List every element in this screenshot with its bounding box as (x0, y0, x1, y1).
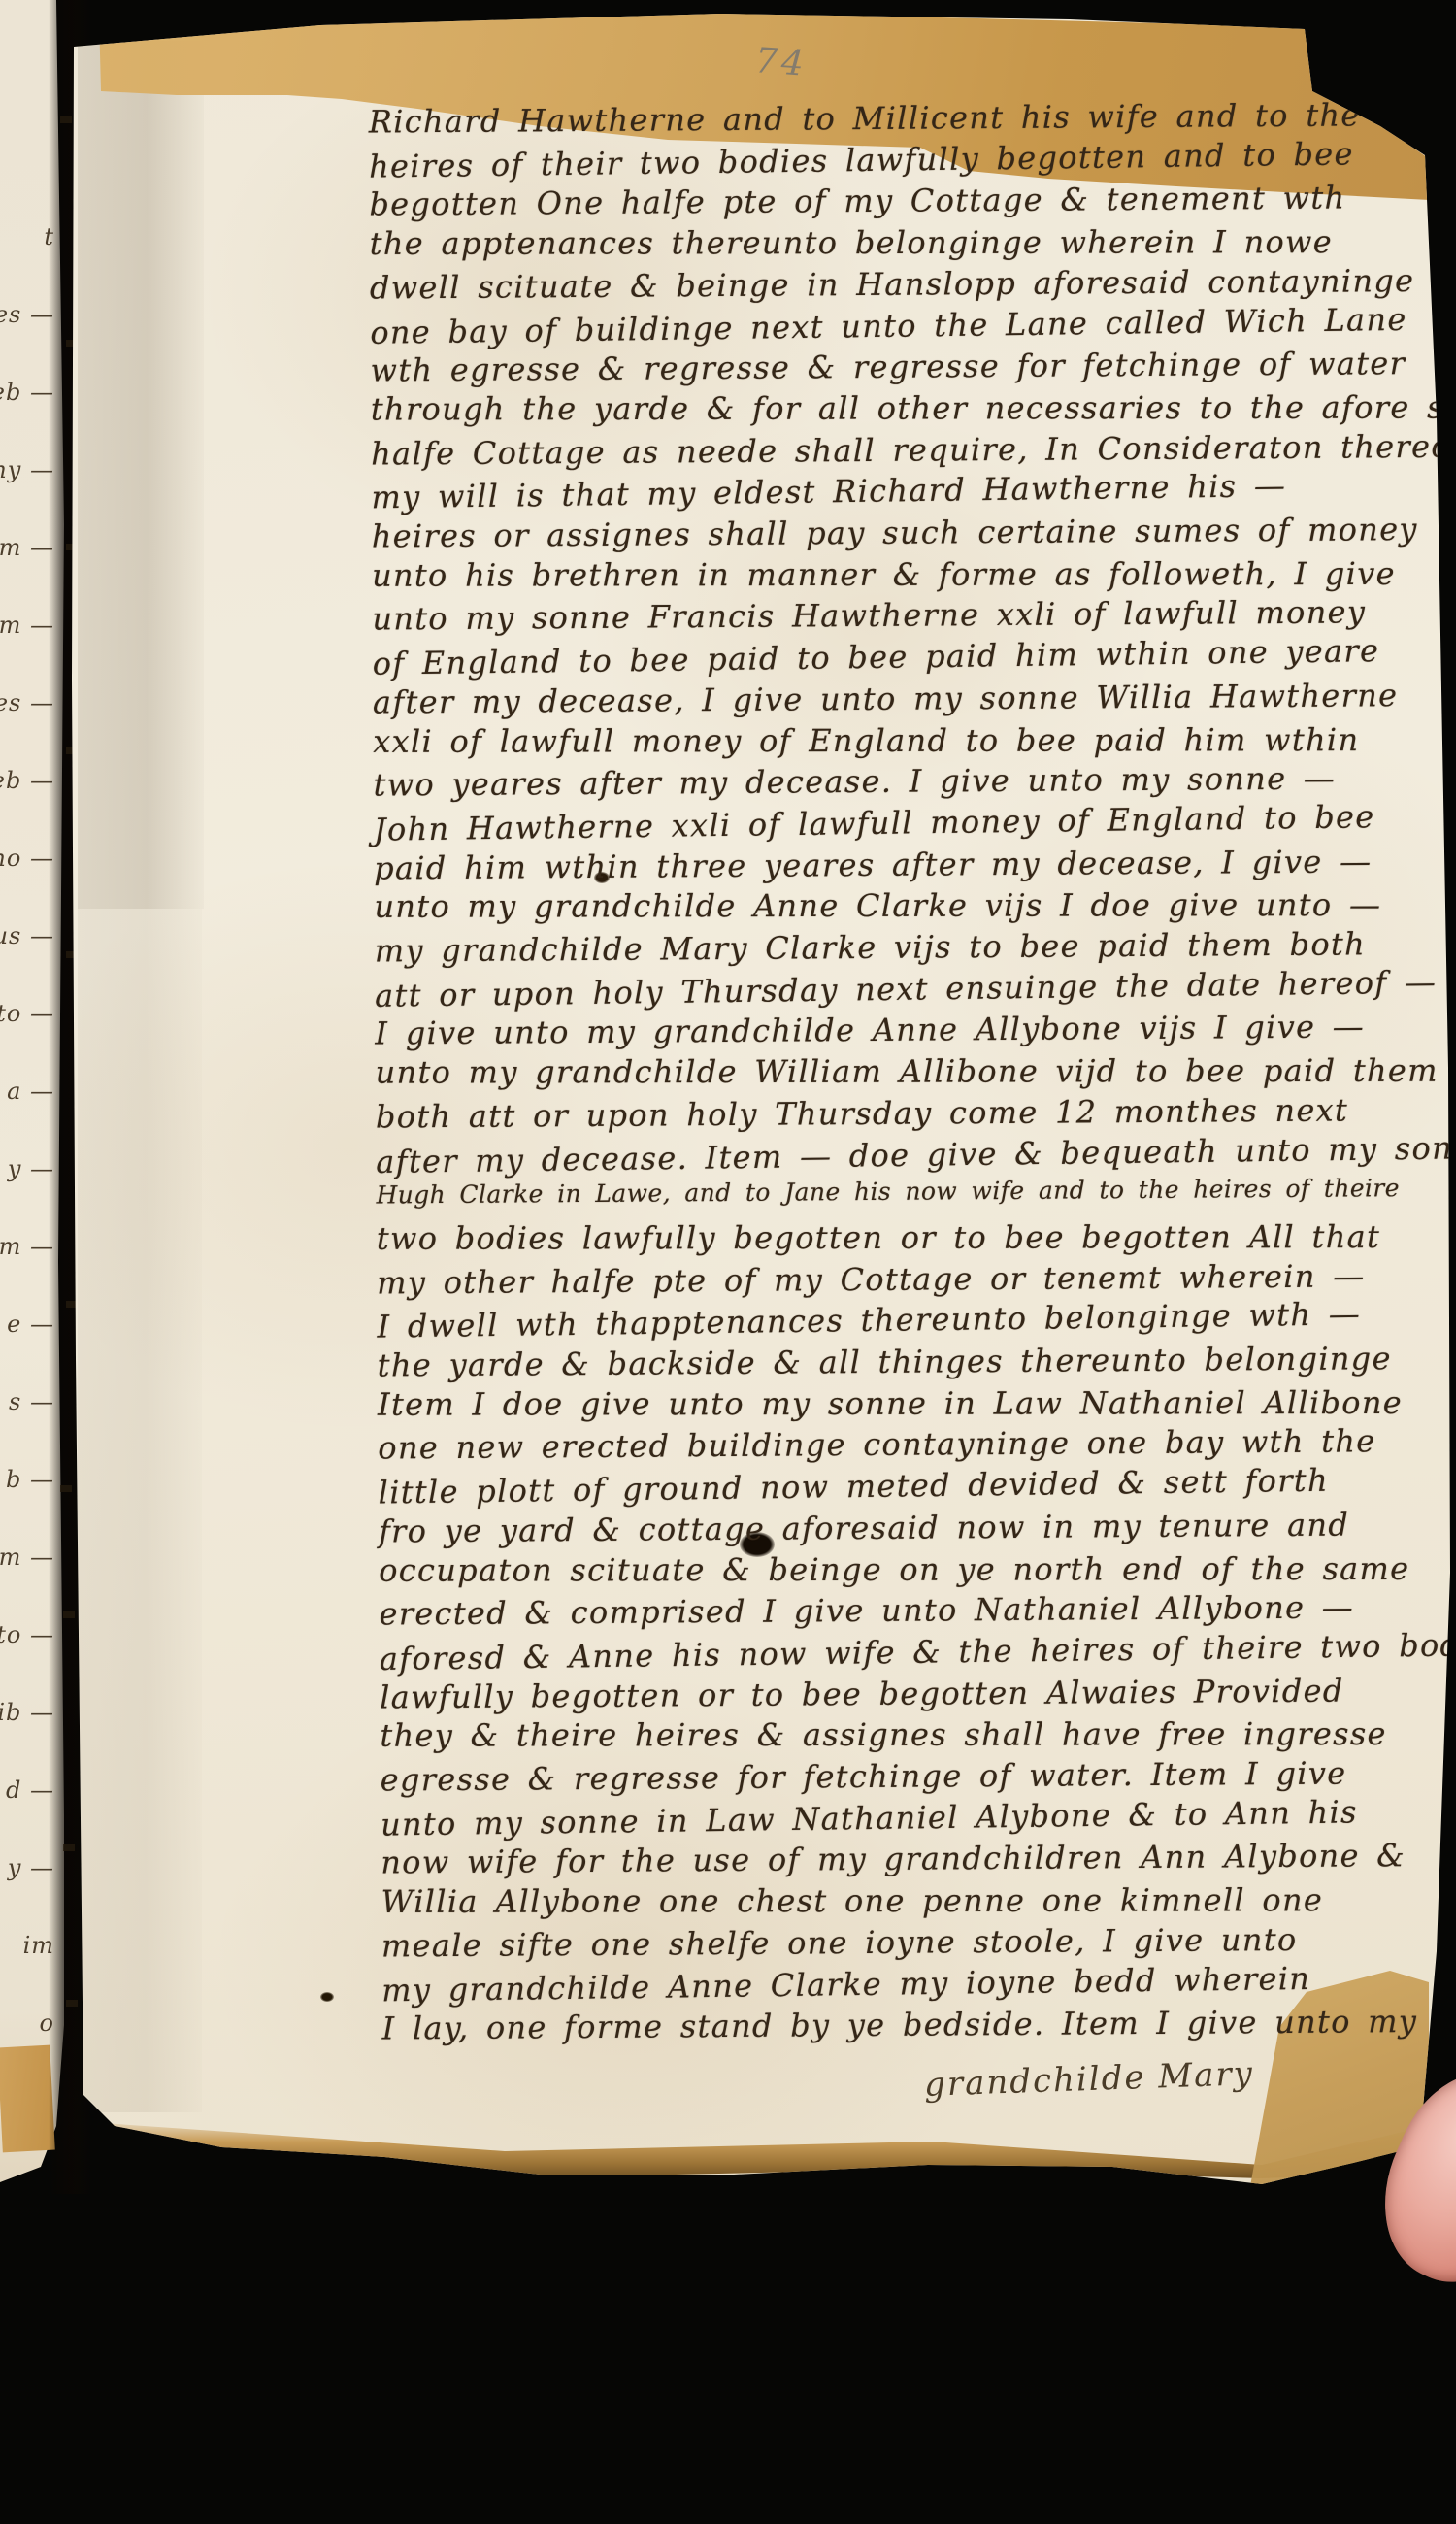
text-line: unto my grandchilde William Allibone vij… (376, 1052, 1439, 1091)
text-line: occupaton scituate & beinge on ye north … (379, 1549, 1409, 1588)
fragment-line: y — (8, 1155, 54, 1182)
text-line: I dwell wth thapptenances thereunto belo… (377, 1296, 1361, 1345)
text-line: unto his brethren in manner & forme as f… (372, 555, 1396, 594)
stitch-mark (60, 1485, 72, 1492)
text-line: att or upon holy Thursday next ensuinge … (375, 963, 1438, 1013)
text-line: begotten One halfe pte of my Cottage & t… (369, 180, 1345, 223)
text-line: after my decease. Item — doe give & bequ… (376, 1128, 1456, 1179)
text-line: one new erected buildinge contayninge on… (378, 1423, 1375, 1467)
fragment-line: m — (0, 1544, 54, 1571)
text-line: Richard Hawtherne and to Millicent his w… (369, 96, 1361, 140)
fragment-line: us — (0, 922, 54, 949)
text-line: xxli of lawfull money of England to bee … (373, 721, 1359, 760)
manuscript-page: 74 Richard Hawtherne and to Millicent hi… (0, 0, 1456, 2524)
text-line: my other halfe pte of my Cottage or tene… (377, 1257, 1366, 1301)
fragment-line: eb — (0, 379, 54, 406)
fragment-line: b — (6, 1466, 54, 1493)
stitch-mark (63, 1611, 75, 1618)
text-line: my will is that my eldest Richard Hawthe… (371, 467, 1286, 515)
fragment-line: s — (9, 1388, 54, 1415)
fragment-line: m — (0, 1233, 54, 1260)
text-line: erected & comprised I give unto Nathanie… (379, 1589, 1354, 1633)
text-line: of England to bee paid to bee paid him w… (372, 632, 1379, 682)
manuscript-text: Richard Hawtherne and to Millicent his w… (0, 0, 1456, 2524)
text-line: I give unto my grandchilde Anne Allybone… (375, 1009, 1365, 1052)
fragment-line: im — (0, 534, 54, 561)
text-line: lawfully begotten or to bee begotten Alw… (380, 1672, 1344, 1715)
fragment-line: mo — (0, 845, 54, 872)
text-line: the apptenances thereunto belonginge whe… (370, 223, 1333, 262)
text-line: Willia Allybone one chest one penne one … (381, 1881, 1324, 1920)
text-line: one bay of buildinge next unto the Lane … (370, 300, 1407, 350)
text-line: they & theire heires & assignes shall ha… (380, 1715, 1386, 1754)
text-line: two yeares after my decease. I give unto… (373, 760, 1336, 804)
fragment-line: ib — (0, 1699, 54, 1726)
text-line: unto my sonne Francis Hawtherne xxli of … (372, 594, 1366, 638)
fragment-line: e — (7, 1311, 54, 1338)
text-line: my grandchilde Anne Clarke my ioyne bedd… (381, 1959, 1310, 2009)
fragment-line: es — (0, 689, 54, 716)
text-line: now wife for the use of my grandchildren… (381, 1838, 1406, 1881)
fragment-line: y — (8, 1854, 54, 1881)
text-line: the yarde & backside & all thinges there… (378, 1340, 1392, 1383)
text-line: dwell scituate & beinge in Hanslopp afor… (370, 262, 1415, 307)
text-line: wth egresse & regresse & regresse for fe… (370, 345, 1406, 388)
text-line: unto my grandchilde Anne Clarke vijs I d… (374, 886, 1381, 925)
stitch-mark (66, 2000, 78, 2007)
text-line: two bodies lawfully begotten or to bee b… (377, 1218, 1380, 1257)
text-line: John Hawtherne xxli of lawfull money of … (374, 798, 1375, 848)
text-line: halfe Cottage as neede shall require, In… (371, 427, 1456, 472)
tape-left-bottom (0, 2045, 55, 2153)
text-line: fro ye yard & cottage aforesaid now in m… (379, 1506, 1349, 1549)
text-line: I lay, one forme stand by ye bedside. It… (381, 2003, 1417, 2046)
manuscript-photo: tes —eb —my —im —m —es —eb —mo —us —to —… (0, 0, 1456, 2524)
text-line: heires of their two bodies lawfully bego… (369, 135, 1354, 184)
fragment-line: a — (7, 1078, 54, 1105)
text-line: paid him wthin three yeares after my dec… (374, 843, 1372, 886)
text-line: Item I doe give unto my sonne in Law Nat… (378, 1384, 1403, 1423)
fragment-line: to — (0, 1621, 54, 1648)
fragment-line: eb — (0, 767, 54, 794)
fragment-line: my — (0, 456, 54, 483)
text-line: my grandchilde Mary Clarke vijs to bee p… (375, 925, 1367, 969)
fragment-line: to — (0, 1000, 54, 1027)
text-line: Hugh Clarke in Lawe, and to Jane his now… (376, 1174, 1400, 1209)
text-line: through the yarde & for all other necess… (371, 388, 1456, 427)
fragment-line: m — (0, 612, 54, 639)
text-line: after my decease, I give unto my sonne W… (373, 677, 1399, 720)
text-line: little plott of ground now meted devided… (378, 1462, 1329, 1511)
text-line: heires or assignes shall pay such certai… (372, 511, 1418, 555)
fragment-line: d — (6, 1777, 54, 1804)
text-line: meale sifte one shelfe one ioyne stoole,… (381, 1921, 1298, 1965)
fragment-line: es — (0, 301, 54, 328)
stitch-mark (63, 1844, 75, 1851)
stitch-mark (60, 116, 72, 123)
text-line: aforesd & Anne his now wife & the heires… (380, 1626, 1456, 1677)
text-line: egresse & regresse for fetchinge of wate… (381, 1755, 1347, 1799)
text-line: unto my sonne in Law Nathaniel Alybone &… (381, 1793, 1358, 1843)
text-line: both att or upon holy Thursday come 12 m… (376, 1091, 1348, 1135)
